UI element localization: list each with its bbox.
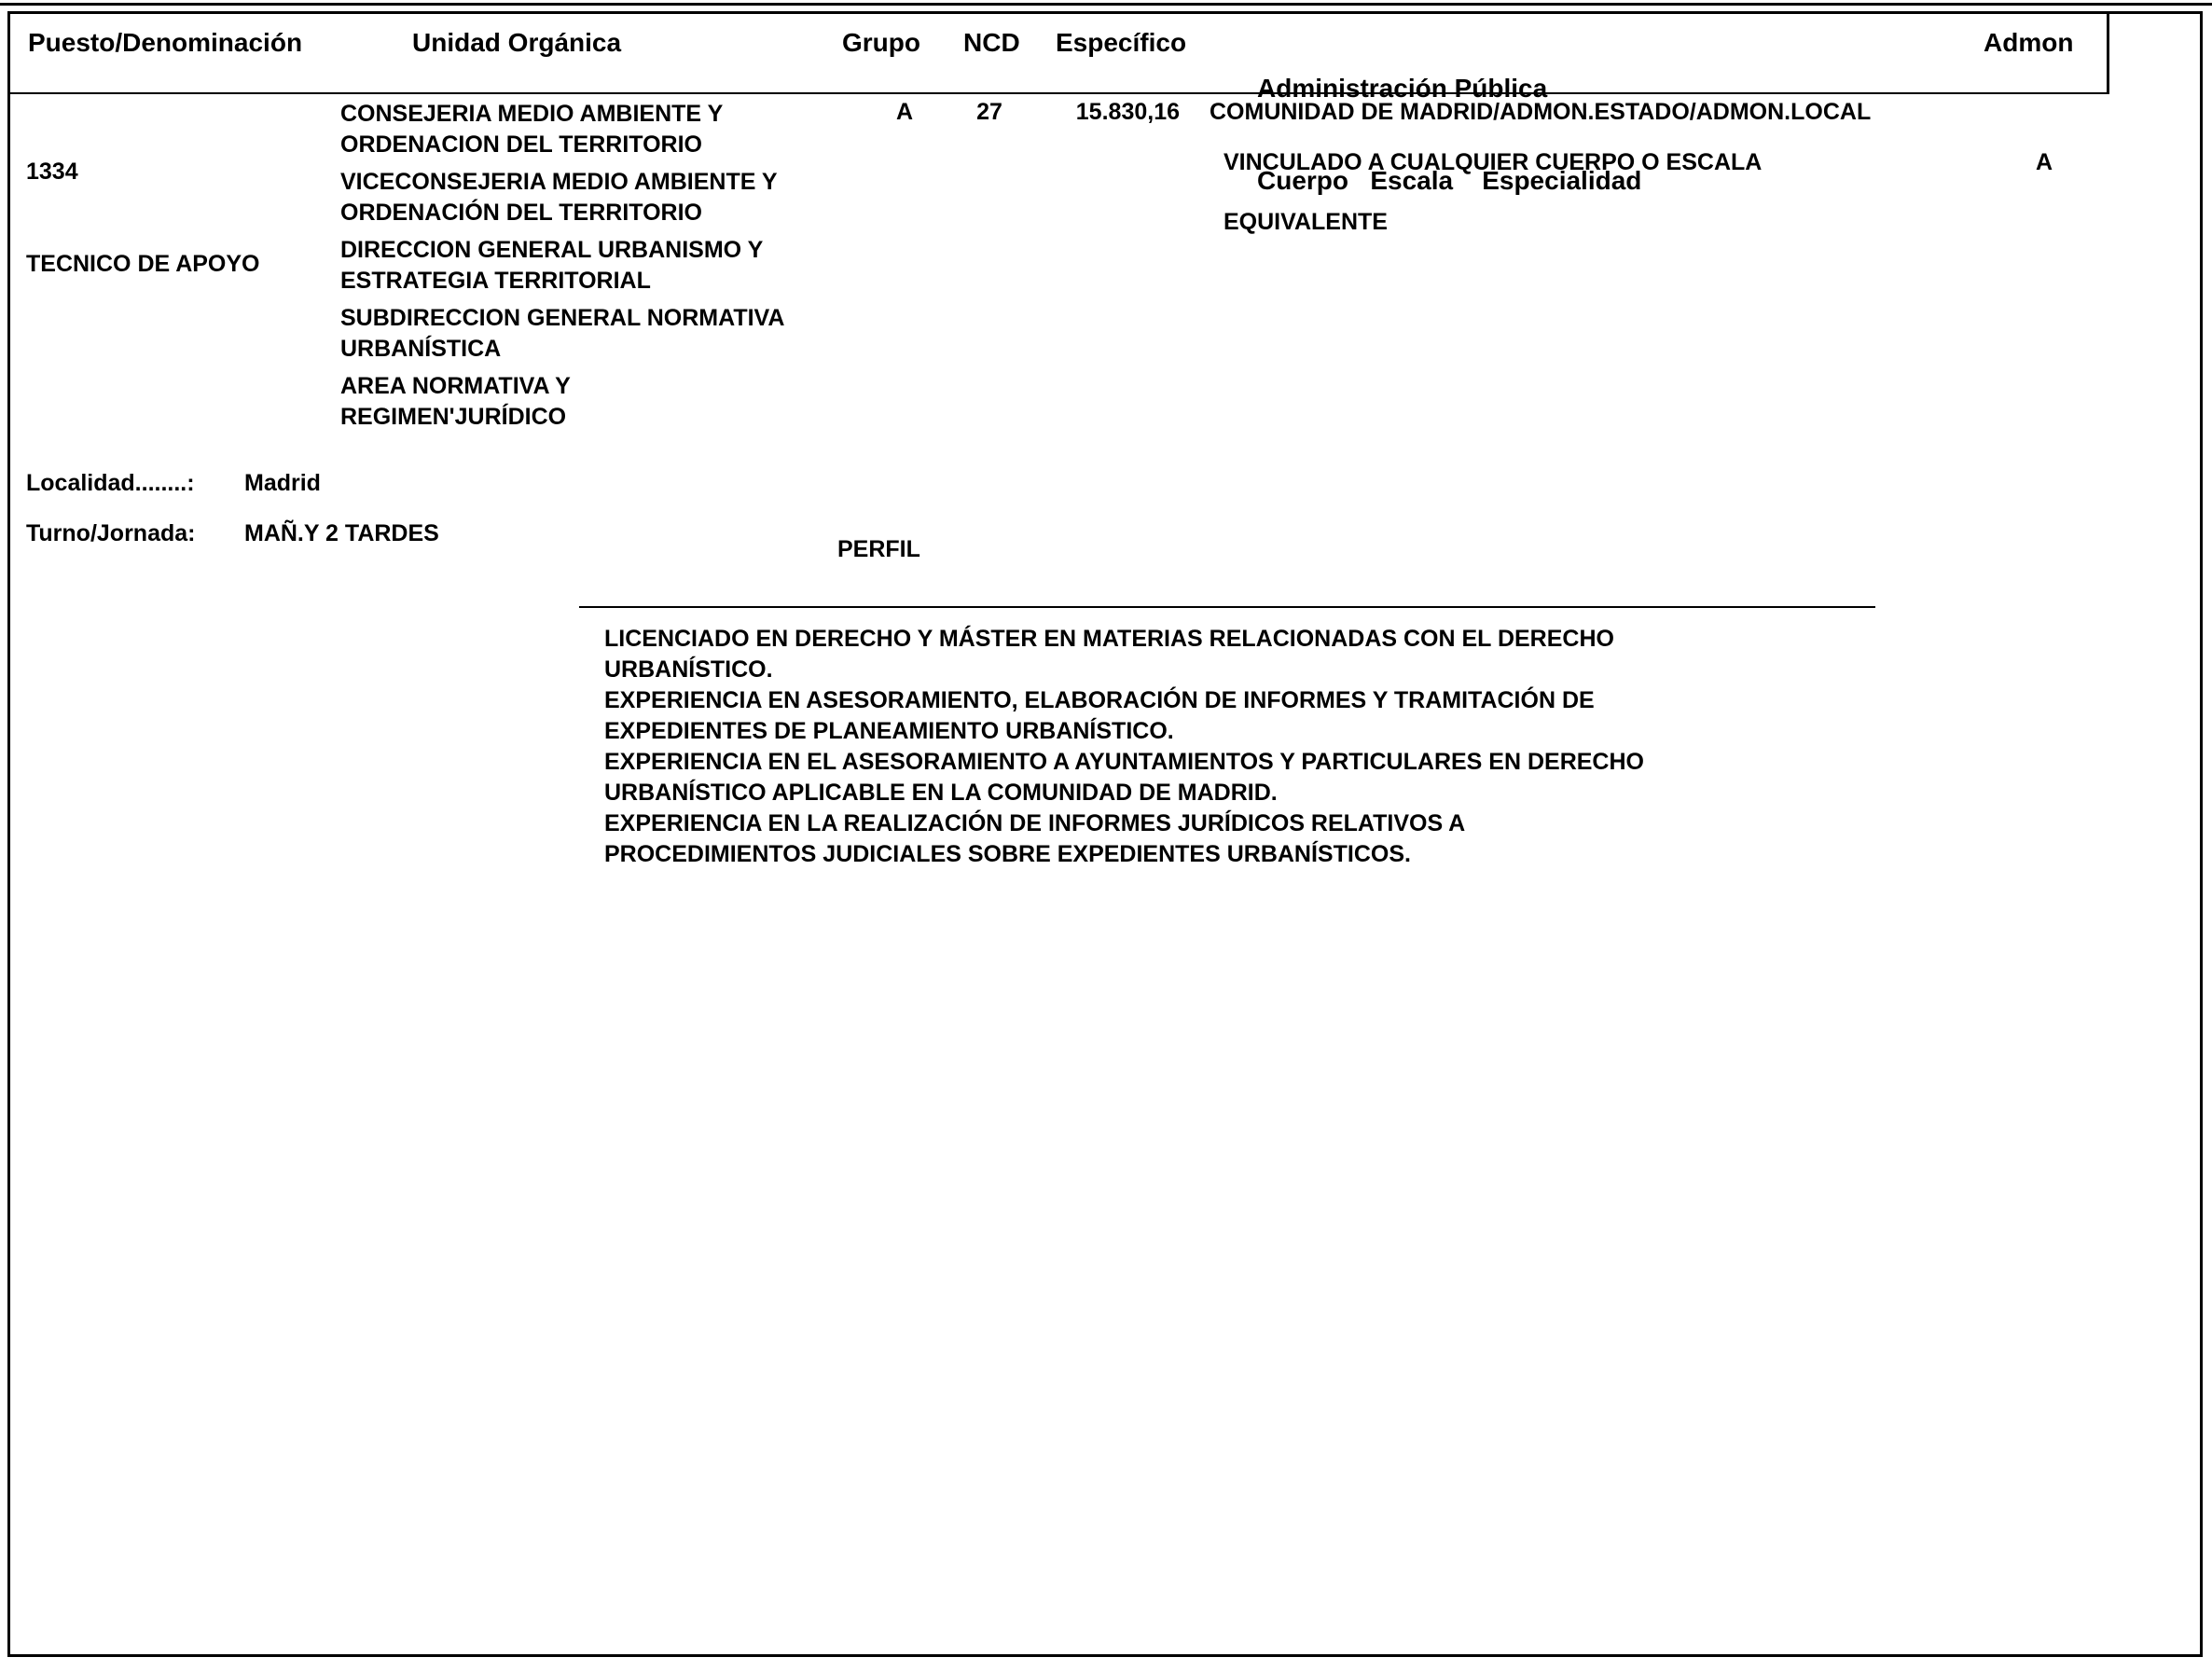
unidad-organica-entry: SUBDIRECCION GENERAL NORMATIVAURBANÍSTIC… (340, 303, 784, 365)
grupo-value: A (877, 97, 933, 128)
perfil-text-line: EXPERIENCIA EN ASESORAMIENTO, ELABORACIÓ… (604, 685, 1644, 716)
unidad-organica-entry-line: REGIMEN'JURÍDICO (340, 402, 784, 433)
column-header-puesto-denominacion: Puesto/Denominación (28, 27, 302, 58)
unidad-organica-entry-line: VICECONSEJERIA MEDIO AMBIENTE Y (340, 167, 784, 198)
perfil-text-line: EXPERIENCIA EN EL ASESORAMIENTO A AYUNTA… (604, 747, 1644, 778)
unidad-organica-entry: CONSEJERIA MEDIO AMBIENTE YORDENACION DE… (340, 99, 784, 160)
ncd-value: 27 (961, 97, 1017, 128)
localidad-label: Localidad........: (26, 470, 195, 497)
localidad-value: Madrid (244, 470, 321, 497)
admon-value: A (2036, 147, 2053, 178)
administracion-publica-value: COMUNIDAD DE MADRID/ADMON.ESTADO/ADMON.L… (1210, 97, 1871, 128)
perfil-divider-rule (579, 606, 1875, 608)
turno-jornada-label: Turno/Jornada: (26, 520, 195, 547)
perfil-text-line: URBANÍSTICO APLICABLE EN LA COMUNIDAD DE… (604, 778, 1644, 808)
position-title: TECNICO DE APOYO (26, 249, 260, 280)
turno-jornada-value: MAÑ.Y 2 TARDES (244, 520, 439, 547)
column-header-especifico: Específico (1056, 27, 1186, 58)
perfil-section-title: PERFIL (837, 536, 920, 563)
column-header-grupo: Grupo (842, 27, 920, 58)
unidad-organica-entry: DIRECCION GENERAL URBANISMO YESTRATEGIA … (340, 235, 784, 297)
position-number: 1334 (26, 157, 260, 187)
perfil-text-line: URBANÍSTICO. (604, 655, 1644, 685)
column-header-ncd: NCD (963, 27, 1020, 58)
column-header-admon: Admon (1984, 27, 2073, 58)
unidad-organica-entry: VICECONSEJERIA MEDIO AMBIENTE YORDENACIÓ… (340, 167, 784, 228)
page-top-edge-line (0, 3, 2212, 6)
perfil-text-line: EXPEDIENTES DE PLANEAMIENTO URBANÍSTICO. (604, 716, 1644, 747)
unidad-organica-entry: AREA NORMATIVA YREGIMEN'JURÍDICO (340, 371, 784, 433)
unidad-organica-entry-line: SUBDIRECCION GENERAL NORMATIVA (340, 303, 784, 334)
document-page: Puesto/Denominación Unidad Orgánica Grup… (0, 0, 2212, 1671)
unidad-organica-entry-line: URBANÍSTICA (340, 334, 784, 365)
perfil-text-line: EXPERIENCIA EN LA REALIZACIÓN DE INFORME… (604, 808, 1644, 839)
especifico-value: 15.830,16 (1012, 97, 1180, 128)
unidad-organica-entry-line: ESTRATEGIA TERRITORIAL (340, 266, 784, 297)
unidad-organica-entry-line: CONSEJERIA MEDIO AMBIENTE Y (340, 99, 784, 130)
unidad-organica-entry-line: DIRECCION GENERAL URBANISMO Y (340, 235, 784, 266)
unidad-organica-entry-line: ORDENACIÓN DEL TERRITORIO (340, 198, 784, 228)
perfil-text-line: LICENCIADO EN DERECHO Y MÁSTER EN MATERI… (604, 624, 1644, 655)
position-cell: 1334 TECNICO DE APOYO (26, 95, 260, 341)
unidad-organica-list: CONSEJERIA MEDIO AMBIENTE YORDENACION DE… (340, 99, 784, 439)
unidad-organica-entry-line: AREA NORMATIVA Y (340, 371, 784, 402)
unidad-organica-entry-line: ORDENACION DEL TERRITORIO (340, 130, 784, 160)
perfil-text-block: LICENCIADO EN DERECHO Y MÁSTER EN MATERI… (604, 624, 1644, 870)
perfil-text-line: PROCEDIMIENTOS JUDICIALES SOBRE EXPEDIEN… (604, 839, 1644, 870)
cuerpo-escala-value-line2: EQUIVALENTE (1224, 207, 1388, 238)
cuerpo-escala-value-line1: VINCULADO A CUALQUIER CUERPO O ESCALA (1224, 147, 1762, 178)
column-header-unidad-organica: Unidad Orgánica (412, 27, 621, 58)
